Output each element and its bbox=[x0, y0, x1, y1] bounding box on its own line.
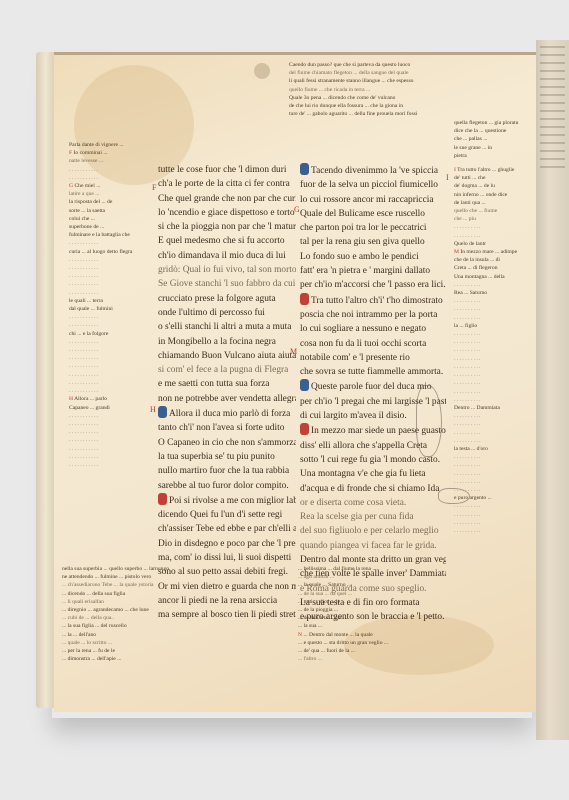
commentary-line: del fiume chiamato flegeton ... della sa… bbox=[289, 69, 527, 77]
verse-line: gridò: Qual io fui vivo, tal son morto. bbox=[158, 263, 296, 277]
verse-line: fatt' era 'n pietra e ' margini dallato bbox=[300, 264, 446, 278]
commentary-line: ... dicendo ... della sua figlia bbox=[62, 590, 282, 598]
gloss-line: che ... pallas ... bbox=[454, 135, 530, 143]
verse-line: si com' el fece a la pugna di Flegra bbox=[158, 363, 296, 377]
commentary-line: ... bellissima ... dal fiume la rena ... bbox=[298, 565, 530, 573]
verse-line: tanto ch'i' non l'avea si forte udito bbox=[158, 421, 296, 435]
manuscript-folio: Caendo dun passo? que che si parteva da … bbox=[54, 52, 536, 712]
gloss-line: Che miel ... bbox=[74, 183, 100, 189]
verse-line: onde l'ultimo di percosso fui bbox=[158, 306, 296, 320]
verse-line: sarebbe al tuo furor dolor compito. bbox=[158, 479, 296, 493]
commentary-line: ... de la Creta ... gia ... bbox=[298, 614, 530, 622]
commentary-line: Quale 3o pena ... dicendo che come de' v… bbox=[289, 94, 527, 102]
bottom-commentary-left: nella sua superbia ... quello superbo ..… bbox=[62, 565, 282, 663]
commentary-line: ... agli antichi ... bbox=[298, 573, 530, 581]
gloss-line: la testa ... d'oro bbox=[454, 445, 530, 453]
commentary-line: ... ch'assediarono Tebe ... la quale yst… bbox=[62, 581, 282, 589]
verse-line: per ch'io m'accorsi che 'l passo era lic… bbox=[300, 278, 446, 292]
gloss-line: dal quale ... fulmini bbox=[69, 305, 151, 313]
verse-line: non ne potrebbe aver vendetta allegra. bbox=[158, 392, 296, 406]
commentary-line: ... la ... dell'ano bbox=[62, 631, 282, 639]
gloss-line: quella flegeton ... gia ploratu bbox=[454, 119, 530, 127]
facing-page-edge bbox=[536, 40, 569, 740]
commentary-line: ... quale ... lo scritto ... bbox=[62, 639, 282, 647]
gloss-line: quello che ... fiume bbox=[454, 207, 530, 215]
gloss-line: latire a que ... bbox=[69, 190, 151, 198]
gloss-line: Capaneo ... grandi bbox=[69, 404, 151, 412]
gloss-line: che de la insula ... di bbox=[454, 256, 530, 264]
verse-line: crucciato prese la folgore aguta bbox=[158, 292, 296, 306]
commentary-line: ... de' qua ... fuori de la ... bbox=[298, 647, 530, 655]
verse-line: ch'assiser Tebe ed ebbe e par ch'elli ab… bbox=[158, 522, 296, 536]
commentary-line: ... dimonstra ... dell'apie ... bbox=[62, 655, 282, 663]
verse-line: ch'a le porte de la citta ci fer contra bbox=[158, 177, 296, 191]
verse-line: Quale del Bulicame esce ruscello bbox=[300, 207, 446, 221]
blue-initial bbox=[158, 406, 167, 418]
verse-line: e me saetti con tutta sua forza bbox=[158, 377, 296, 391]
bottom-commentary-right: ... bellissima ... dal fiume la rena ...… bbox=[298, 565, 530, 663]
commentary-line: ... diregnio ... agrandecamo ... che lun… bbox=[62, 606, 282, 614]
gloss-line: Parla dante di vignere ... bbox=[69, 141, 151, 149]
marginal-letter-mark: I bbox=[446, 173, 449, 182]
verse-line: Tacendo divenimmo la 've spiccia bbox=[311, 166, 438, 176]
verse-line: Se Giove stanchi 'l suo fabbro da cui bbox=[158, 277, 296, 291]
commentary-line: ... li quali erisalfan bbox=[62, 598, 282, 606]
verse-column-1: tutte le cose fuor che 'l dimon duri ch'… bbox=[158, 163, 296, 623]
verse-line: Una montagna v'e che gia fu lieta bbox=[300, 467, 446, 481]
verse-line: E quel medesmo che si fu accorto bbox=[158, 234, 296, 248]
commentary-line: ... la sua ... bbox=[298, 622, 530, 630]
verse-line: fuor de la selva un picciol fiumicello bbox=[300, 178, 446, 192]
gloss-line: In mezzo mare ... adimpe bbox=[460, 249, 517, 255]
verse-line: Allora il duca mio parlò di forza bbox=[169, 409, 290, 419]
gloss-line: fulminare e la battaglia che bbox=[69, 231, 151, 239]
verse-line: che sovra se tutte fiammelle ammorta. bbox=[300, 365, 446, 379]
verse-line: Che quel grande che non par che curi bbox=[158, 192, 296, 206]
commentary-line: quello fiume ... che ricada in terra ... bbox=[289, 86, 527, 94]
verse-line: chiamando Buon Vulcano aiuta aiuta bbox=[158, 349, 296, 363]
marginal-letter-mark: H bbox=[150, 405, 156, 414]
commentary-line: ... de la sua ... da quel ... bbox=[298, 590, 530, 598]
verse-line: Rea la scelse gia per cuna fida bbox=[300, 510, 446, 524]
blue-initial bbox=[300, 379, 309, 391]
gloss-line: de' tutti ... che bbox=[454, 174, 530, 182]
gloss-line: la ... figlio bbox=[454, 322, 530, 330]
left-gloss-column: Parla dante di vignere ... F Io comminai… bbox=[69, 141, 151, 469]
blue-initial bbox=[300, 163, 309, 175]
gloss-line: che ... piu bbox=[454, 215, 530, 223]
verse-line: si che la pioggia non par che 'l maturi bbox=[158, 220, 296, 234]
gloss-line: la risposta del ... de bbox=[69, 198, 151, 206]
gloss-line: le sue grane ... in bbox=[454, 144, 530, 152]
verse-line: o s'elli stanchi li altri a muta a muta bbox=[158, 320, 296, 334]
gloss-line: pietra bbox=[454, 152, 530, 160]
commentary-line: ... per la rena ... fu de le bbox=[62, 647, 282, 655]
verse-line: poscia che noi intrammo per la porta bbox=[300, 308, 446, 322]
gloss-line: de' dogma ... de lu bbox=[454, 182, 530, 190]
gloss-line: superbone de ... bbox=[69, 223, 151, 231]
verse-line: notabile com' e 'l presente rio bbox=[300, 351, 446, 365]
verse-line: del suo figliuolo e per celarlo meglio bbox=[300, 524, 446, 538]
verse-line: che parton poi tra lor le peccatrici bbox=[300, 221, 446, 235]
commentary-line: ne attendendo ... fulmine ... pistolo ve… bbox=[62, 573, 282, 581]
commentary-line: ... Dentro dal monte ... la quale bbox=[303, 632, 372, 638]
gloss-line: Io comminai ... bbox=[74, 150, 108, 156]
commentary-line: ... cubi de ... della qua.. bbox=[62, 614, 282, 622]
verse-line: or e diserta come cosa vieta. bbox=[300, 496, 446, 510]
commentary-line: ... la quale ... Saturno ... bbox=[298, 581, 530, 589]
commentary-line: de che lui rio dunque ella fossura ... c… bbox=[289, 102, 527, 110]
commentary-line: ... de la pioggia ... bbox=[298, 606, 530, 614]
gloss-line: Quelo de lantr bbox=[454, 240, 530, 248]
gloss-line: Rea ... Saturno bbox=[454, 289, 530, 297]
verse-line: ch'io dimandava il mio duca di lui bbox=[158, 249, 296, 263]
verse-line: dicendo Quei fu l'un d'i sette regi bbox=[158, 508, 296, 522]
gloss-line: Creta ... di flegeron bbox=[454, 264, 530, 272]
gloss-line: natte levesse ... bbox=[69, 157, 151, 165]
verse-line: Lo fondo suo e ambo le pendici bbox=[300, 250, 446, 264]
verse-line: la tua superbia se' tu piu punito bbox=[158, 450, 296, 464]
gloss-line: curia ... al luogo detto flegra bbox=[69, 248, 151, 256]
verse-line: O Capaneo in cio che non s'ammorza bbox=[158, 436, 296, 450]
verse-line: d'acqua e di fronde che si chiamo Ida bbox=[300, 482, 446, 496]
marginal-drawing bbox=[416, 385, 442, 457]
red-initial bbox=[300, 423, 309, 435]
verse-line: nullo martiro fuor che la tua rabbia bbox=[158, 464, 296, 478]
verse-line: quando piangea vi facea far le grida. bbox=[300, 539, 446, 553]
gloss-line: de lanti qua ... bbox=[454, 199, 530, 207]
red-initial bbox=[158, 493, 167, 505]
gloss-line: Una montagna ... della bbox=[454, 273, 530, 281]
verse-line: lo cui sogliare a nessuno e negato bbox=[300, 322, 446, 336]
marginal-letter-mark: G bbox=[294, 205, 300, 214]
gloss-line: Allora ... parlo bbox=[74, 396, 107, 402]
commentary-line: ... tutti ... dice ... le ... bbox=[298, 598, 530, 606]
ink-blot bbox=[254, 63, 270, 79]
gloss-line: dice che la ... questione bbox=[454, 127, 530, 135]
verse-line: in Mongibello a la focina negra bbox=[158, 335, 296, 349]
top-commentary: Caendo dun passo? que che si parteva da … bbox=[289, 61, 527, 118]
verse-line: tutte le cose fuor che 'l dimon duri bbox=[158, 163, 296, 177]
verse-line: Poi si rivolse a me con miglior labbia bbox=[169, 496, 296, 506]
gloss-line: colui che ... bbox=[69, 215, 151, 223]
marginal-letter-mark: F bbox=[152, 183, 156, 192]
gloss-line: e puro argento ... bbox=[454, 494, 530, 502]
verse-line: cosa non fu da li tuoi occhi scorta bbox=[300, 337, 446, 351]
verse-line: lo cui rossore ancor mi raccapriccia bbox=[300, 193, 446, 207]
commentary-line: ... la sua figlia ... del ruscello bbox=[62, 622, 282, 630]
verse-line: Tra tutto l'altro ch'i' t'ho dimostrato bbox=[311, 296, 443, 306]
red-initial bbox=[300, 293, 309, 305]
right-gloss-column: quella flegeton ... gia ploratu dice che… bbox=[454, 119, 530, 535]
commentary-line: ... l'altro ... bbox=[298, 655, 530, 663]
verse-line: lo 'ncendio e giace dispettoso e torto bbox=[158, 206, 296, 220]
commentary-line: ture de' ... gabolo aguarito ... della f… bbox=[289, 110, 527, 118]
commentary-line: nella sua superbia ... quello superbo ..… bbox=[62, 565, 282, 573]
gloss-line: Dentro ... Dammiata bbox=[454, 404, 530, 412]
marginal-letter-mark: M bbox=[290, 347, 297, 356]
gloss-line: nin inferno ... onde dice bbox=[454, 191, 530, 199]
gloss-line: chi ... e la folgore bbox=[69, 330, 151, 338]
verse-line: tal per la rena giu sen giva quello bbox=[300, 235, 446, 249]
verse-line: Dio in disdegno e poco par che 'l pregi bbox=[158, 537, 296, 551]
commentary-line: ... e questo ... sta dritto un gran vegl… bbox=[298, 639, 530, 647]
gloss-line: Tra tutto l'altro ... ghuglie bbox=[457, 167, 514, 173]
gloss-line: sorte ... la saetta bbox=[69, 207, 151, 215]
verse-line: ma, com' io dissi lui, li suoi dispetti bbox=[158, 551, 296, 565]
commentary-line: Caendo dun passo? que che si parteva da … bbox=[289, 61, 527, 69]
gloss-line: le quali ... terra bbox=[69, 297, 151, 305]
commentary-line: li quali fessi stranamente stanno illang… bbox=[289, 77, 527, 85]
verse-line: Queste parole fuor del duca mio bbox=[311, 382, 432, 392]
